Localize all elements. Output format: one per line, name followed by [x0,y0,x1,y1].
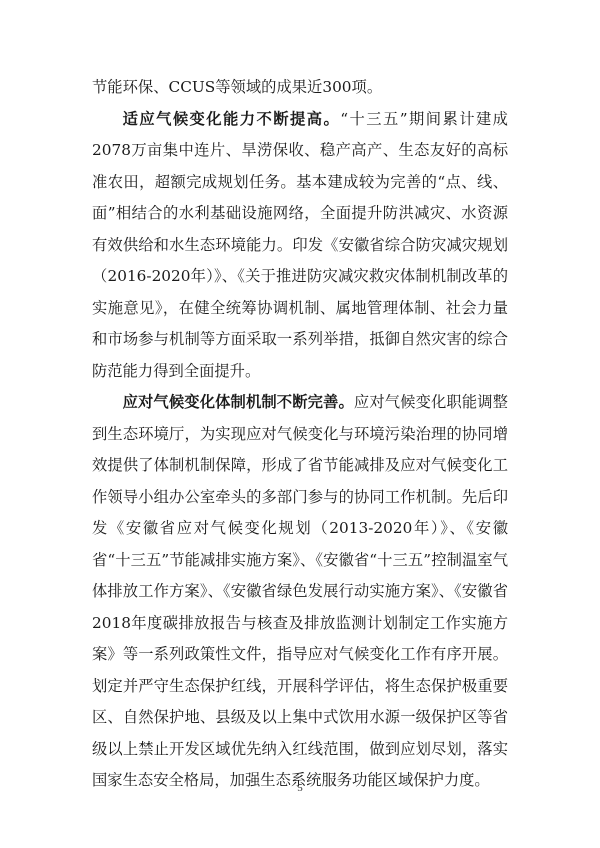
paragraph-text: “十三五”期间累计建成2078万亩集中连片、旱涝保收、稳产高产、生态友好的高标准… [92,110,508,380]
paragraph-institutional-mechanism: 应对气候变化体制机制不断完善。应对气候变化职能调整到生态环境厅，为实现应对气候变… [92,387,508,797]
paragraph-heading: 应对气候变化体制机制不断完善。 [123,393,354,411]
paragraph-heading: 适应气候变化能力不断提高。 [123,110,341,128]
body-text: 节能环保、CCUS等领域的成果近300项。 适应气候变化能力不断提高。“十三五”… [92,72,508,797]
paragraph-text: 节能环保、CCUS等领域的成果近300项。 [92,78,382,96]
paragraph-adaptation-capacity: 适应气候变化能力不断提高。“十三五”期间累计建成2078万亩集中连片、旱涝保收、… [92,104,508,388]
page-number: 5 [0,782,600,794]
paragraph-continuation: 节能环保、CCUS等领域的成果近300项。 [92,72,508,104]
document-page: 节能环保、CCUS等领域的成果近300项。 适应气候变化能力不断提高。“十三五”… [0,0,600,848]
paragraph-text: 应对气候变化职能调整到生态环境厅，为实现应对气候变化与环境污染治理的协同增效提供… [92,393,508,789]
